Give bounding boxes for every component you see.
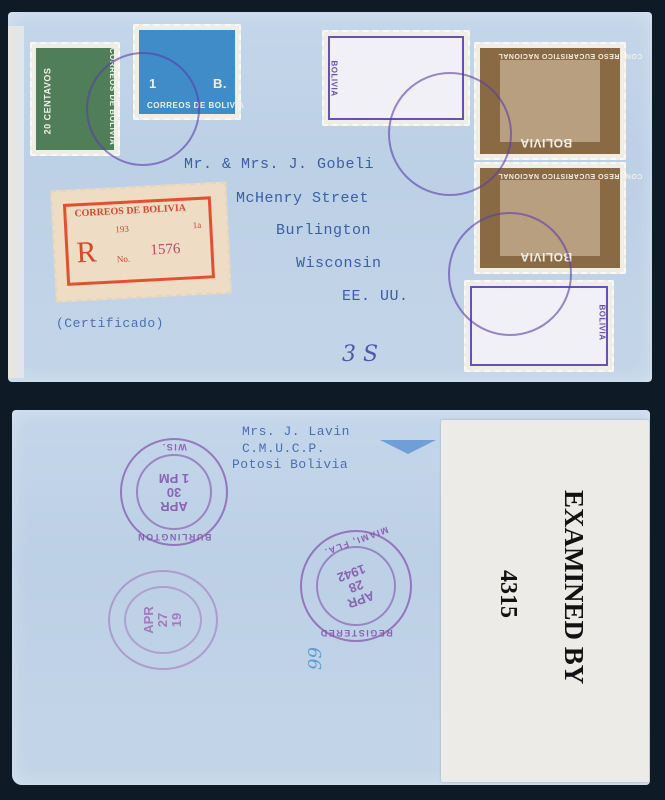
registration-number-label: No. xyxy=(117,254,131,265)
stamp-country-text: BOLIVIA xyxy=(598,305,607,341)
registration-letter: R xyxy=(76,235,98,270)
addressee-country: EE. UU. xyxy=(342,288,409,305)
registration-label: CORREOS DE BOLIVIA R 193 1a No. 1576 xyxy=(50,181,232,302)
stamp-country-text: BOLIVIA xyxy=(520,136,572,150)
registration-year: 193 xyxy=(115,224,129,235)
cancellation-postmark xyxy=(388,72,512,196)
addressee-name: Mr. & Mrs. J. Gobeli xyxy=(184,156,374,173)
postmark-date: APR 30 1 PM xyxy=(159,471,189,513)
postmark-registered: REGISTERED xyxy=(302,628,410,638)
stamp-title-text: CONGRESO EUCARISTICO NACIONAL xyxy=(498,52,642,59)
postmark-date: APR 27 19 xyxy=(142,606,184,633)
miami-registered-postmark: APR 28 1942 REGISTERED MIAMI, FLA. xyxy=(300,530,412,642)
registration-class: 1a xyxy=(192,220,201,230)
burlington-wis-postmark: APR 30 1 PM BURLINGTON WIS. xyxy=(120,438,228,546)
postmark-city: BURLINGTON xyxy=(122,532,226,542)
stamp-country-text: BOLIVIA xyxy=(329,61,338,97)
envelope-flap xyxy=(380,440,436,454)
postmark-state: WIS. xyxy=(122,442,226,452)
addressee-state: Wisconsin xyxy=(296,255,382,272)
sender-location: Potosi Bolivia xyxy=(232,457,348,472)
stamp-title-text: CONGRESO EUCARISTICO NACIONAL xyxy=(498,172,642,179)
cancellation-postmark xyxy=(448,212,572,336)
sender-organization: C.M.U.C.P. xyxy=(242,441,325,456)
envelope-edge xyxy=(8,26,24,378)
registration-title: CORREOS DE BOLIVIA xyxy=(74,203,186,220)
censor-number: 4315 xyxy=(494,570,521,618)
registration-number: 1576 xyxy=(150,241,181,260)
addressee-street: McHenry Street xyxy=(236,190,369,207)
censor-label: EXAMINED BY 4315 xyxy=(441,420,649,782)
service-note: (Certificado) xyxy=(56,316,164,331)
envelope-front: 20 CENTAVOS CORREOS DE BOLIVIA 1 B. CORR… xyxy=(8,12,652,382)
handwritten-note: 99 xyxy=(305,647,326,670)
addressee-city: Burlington xyxy=(276,222,371,239)
cancellation-postmark xyxy=(86,52,200,166)
stamp-value-text: 20 CENTAVOS xyxy=(42,68,52,135)
sender-name: Mrs. J. Lavin xyxy=(242,424,350,439)
handwritten-note: 3 S xyxy=(342,342,378,367)
censor-examined-by-text: EXAMINED BY xyxy=(558,490,589,684)
apr-27-postmark: APR 27 19 xyxy=(108,570,218,670)
